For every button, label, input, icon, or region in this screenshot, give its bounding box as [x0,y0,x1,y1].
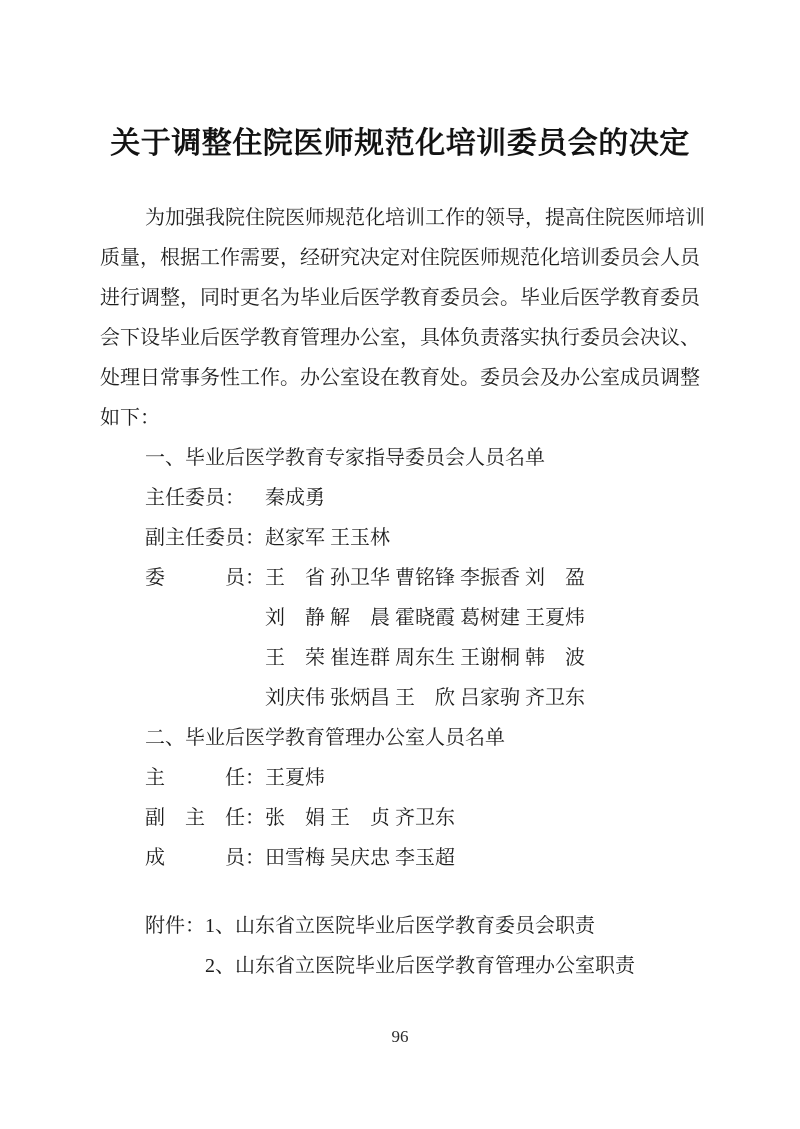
intro-paragraph-line: 为加强我院住院医师规范化培训工作的领导，提高住院医师培训 [100,198,720,238]
office-row-director: 主 任：王夏炜 [100,758,720,798]
roster-label: 副 主 任： [145,798,265,838]
roster-names: 秦成勇 [245,478,325,518]
roster-label: 成 员： [145,838,265,878]
roster-names-line: 刘庆伟 张炳昌 王 欣 吕家驹 齐卫东 [265,678,585,718]
roster-names-line: 王 省 孙卫华 曹铭锋 李振香 刘 盈 [265,558,585,598]
intro-paragraph-line: 如下： [100,398,720,438]
roster-label: 主任委员： [145,478,245,518]
office-row-deputy-directors: 副 主 任：张 娟 王 贞 齐卫东 [100,798,720,838]
intro-paragraph-line: 会下设毕业后医学教育管理办公室，具体负责落实执行委员会决议、 [100,318,720,358]
attachments-label: 附件： [145,906,205,946]
roster-names-line: 王 荣 崔连群 周东生 王谢桐 韩 波 [265,638,585,678]
intro-paragraph-line: 处理日常事务性工作。办公室设在教育处。委员会及办公室成员调整 [100,358,720,398]
attachments-list: 1、山东省立医院毕业后医学教育委员会职责 2、山东省立医院毕业后医学教育管理办公… [205,906,635,986]
intro-paragraph-line: 质量，根据工作需要，经研究决定对住院医师规范化培训委员会人员 [100,238,720,278]
roster-row-members: 委 员： 王 省 孙卫华 曹铭锋 李振香 刘 盈 刘 静 解 晨 霍晓霞 葛树建… [100,558,720,718]
document-page: 关于调整住院医师规范化培训委员会的决定 为加强我院住院医师规范化培训工作的领导，… [0,0,800,1129]
roster-label: 副主任委员： [145,518,265,558]
attachments: 附件： 1、山东省立医院毕业后医学教育委员会职责 2、山东省立医院毕业后医学教育… [100,906,720,986]
page-number: 96 [0,1025,800,1049]
roster-label: 委 员： [145,558,265,598]
roster-names: 张 娟 王 贞 齐卫东 [265,798,455,838]
roster-names-block: 王 省 孙卫华 曹铭锋 李振香 刘 盈 刘 静 解 晨 霍晓霞 葛树建 王夏炜 … [265,558,585,718]
roster-names: 王夏炜 [265,758,325,798]
attachment-item: 2、山东省立医院毕业后医学教育管理办公室职责 [205,946,635,986]
document-title: 关于调整住院医师规范化培训委员会的决定 [0,121,800,167]
office-row-members: 成 员：田雪梅 吴庆忠 李玉超 [100,838,720,878]
attachment-item: 1、山东省立医院毕业后医学教育委员会职责 [205,906,635,946]
roster-names: 田雪梅 吴庆忠 李玉超 [265,838,455,878]
roster-row-vice-chairmen: 副主任委员：赵家军 王玉林 [100,518,720,558]
roster-names-line: 刘 静 解 晨 霍晓霞 葛树建 王夏炜 [265,598,585,638]
section1-heading: 一、毕业后医学教育专家指导委员会人员名单 [100,438,720,478]
intro-paragraph-line: 进行调整，同时更名为毕业后医学教育委员会。毕业后医学教育委员 [100,278,720,318]
section2-heading: 二、毕业后医学教育管理办公室人员名单 [100,718,720,758]
document-body: 为加强我院住院医师规范化培训工作的领导，提高住院医师培训 质量，根据工作需要，经… [100,198,720,986]
roster-names: 赵家军 王玉林 [265,518,390,558]
roster-label: 主 任： [145,758,265,798]
roster-row-chairman: 主任委员：秦成勇 [100,478,720,518]
